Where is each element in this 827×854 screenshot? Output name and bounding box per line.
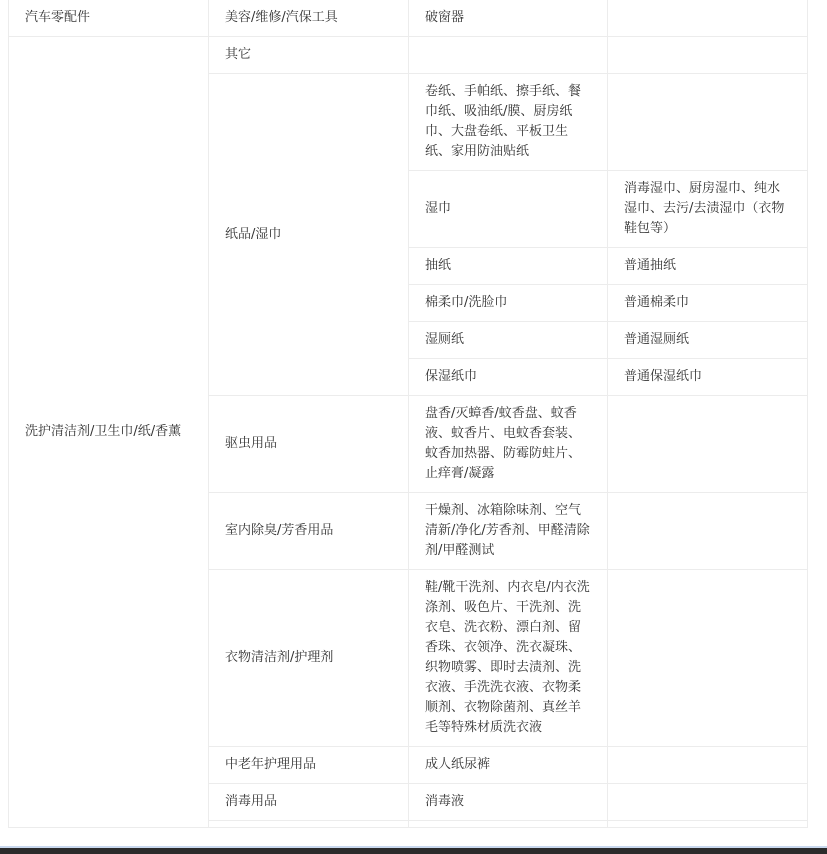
category-table: 汽车零配件 美容/维修/汽保工具 破窗器 洗护清洁剂/卫生巾/纸/香薰 其它 纸…: [8, 0, 808, 828]
level4-cell: 普通棉柔巾: [608, 285, 808, 322]
level2-cell: 美容/维修/汽保工具: [209, 0, 409, 37]
level3-cell: 棉柔巾/洗脸巾: [409, 285, 608, 322]
level4-cell: [608, 396, 808, 493]
level3-cell: 消毒液: [409, 784, 608, 821]
level3-cell: 卷纸、手帕纸、擦手纸、餐巾纸、吸油纸/膜、厨房纸巾、大盘卷纸、平板卫生纸、家用防…: [409, 74, 608, 171]
level3-cell: 湿厕纸: [409, 322, 608, 359]
level3-cell: [409, 37, 608, 74]
level4-cell: [608, 493, 808, 570]
level2-cell: 室内除臭/芳香用品: [209, 493, 409, 570]
level3-cell: 湿巾: [409, 171, 608, 248]
level2-cell: 消毒用品: [209, 784, 409, 821]
level3-cell: 盘香/灭蟑香/蚊香盘、蚊香液、蚊香片、电蚊香套装、蚊香加热器、防霉防蛀片、止痒膏…: [409, 396, 608, 493]
level2-cell: 其它: [209, 37, 409, 74]
level1-cell: 汽车零配件: [9, 0, 209, 37]
taskbar: [0, 846, 827, 854]
level4-cell: [608, 0, 808, 37]
level2-cell: 中老年护理用品: [209, 747, 409, 784]
level4-cell: [608, 747, 808, 784]
level2-cell: [209, 821, 409, 828]
table-row: 洗护清洁剂/卫生巾/纸/香薰 其它: [9, 37, 808, 74]
level4-cell: 消毒湿巾、厨房湿巾、纯水湿巾、去污/去渍湿巾（衣物鞋包等）: [608, 171, 808, 248]
level4-cell: 普通湿厕纸: [608, 322, 808, 359]
level3-cell: 保湿纸巾: [409, 359, 608, 396]
level4-cell: 普通抽纸: [608, 248, 808, 285]
level3-cell: 成人纸尿裤: [409, 747, 608, 784]
level1-cell: 洗护清洁剂/卫生巾/纸/香薰: [9, 37, 209, 828]
level3-cell: 抽纸: [409, 248, 608, 285]
level4-cell: [608, 570, 808, 747]
level3-cell: 鞋/靴干洗剂、内衣皂/内衣洗涤剂、吸色片、干洗剂、洗衣皂、洗衣粉、漂白剂、留香珠…: [409, 570, 608, 747]
level4-cell: 普通保湿纸巾: [608, 359, 808, 396]
level4-cell: [608, 784, 808, 821]
level2-cell: 驱虫用品: [209, 396, 409, 493]
table-row: 汽车零配件 美容/维修/汽保工具 破窗器: [9, 0, 808, 37]
level4-cell: [608, 74, 808, 171]
level4-cell: [608, 37, 808, 74]
level2-cell: 纸品/湿巾: [209, 74, 409, 396]
level3-cell: 破窗器: [409, 0, 608, 37]
level2-cell: 衣物清洁剂/护理剂: [209, 570, 409, 747]
level3-cell: [409, 821, 608, 828]
category-table-container: 汽车零配件 美容/维修/汽保工具 破窗器 洗护清洁剂/卫生巾/纸/香薰 其它 纸…: [8, 0, 808, 828]
level4-cell: [608, 821, 808, 828]
level3-cell: 干燥剂、冰箱除味剂、空气清新/净化/芳香剂、甲醛清除剂/甲醛测试: [409, 493, 608, 570]
